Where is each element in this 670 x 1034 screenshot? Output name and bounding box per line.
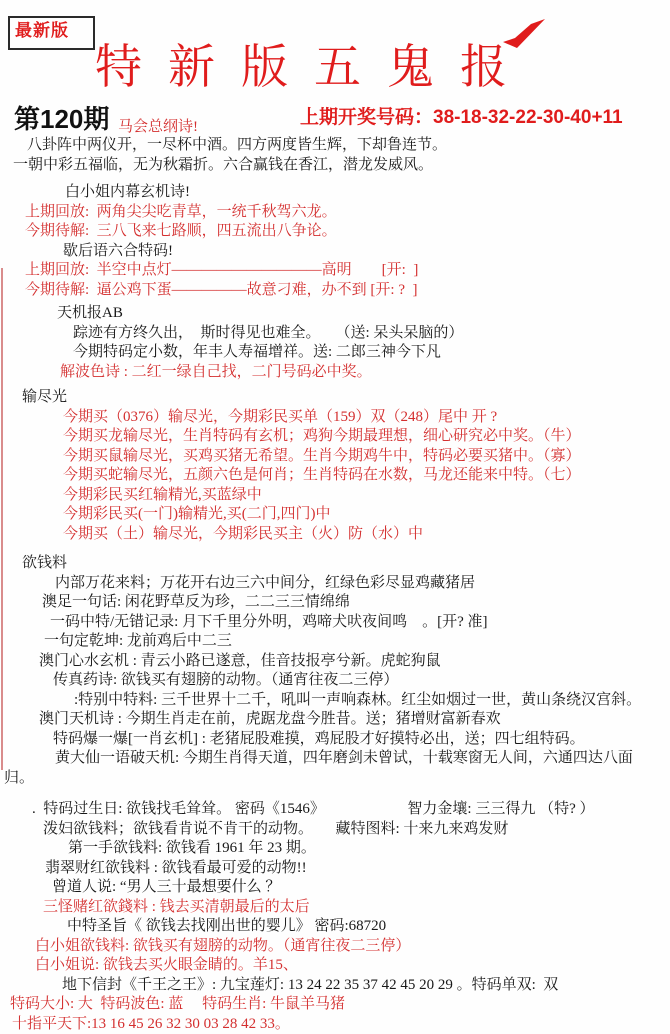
text-line: 归。 [0, 769, 670, 789]
text-line: 输尽光 [0, 388, 670, 408]
text-line: 十指平天下:13 16 45 26 32 30 03 28 42 33。 [0, 1015, 670, 1034]
text-line: 今期买蛇输尽光，五颜六色是何肖；生肖特码在水数，马龙还能来中特。（七） [0, 466, 670, 486]
issue-number: 第120期 [14, 99, 109, 136]
text-line: 白小姐说: 欲钱去买火眼金睛的。羊15、 [0, 956, 670, 976]
page-title: 特新版五鬼报 [95, 30, 533, 97]
text-line: 今期待解: 逼公鸡下蛋—————故意刁难，办不到 [开: ? ] [0, 281, 670, 301]
edition-badge: 最新版 [8, 16, 95, 50]
text-line: 天机报AB [0, 304, 670, 324]
text-line: 三怪赌红欲錢料 : 钱去买清朝最后的太后 [0, 898, 670, 918]
text-line: 今期待解: 三八飞来七路顺，四五流出八争论。 [0, 222, 670, 242]
text-line: 一码中特/无错记录: 月下千里分外明，鸡啼犬吠夜间鸣 。[开? 准] [0, 613, 670, 633]
text-line: 澳门天机诗 : 今期生肖走在前，虎踞龙盘今胜昔。送；猪增财富新春欢 [0, 710, 670, 730]
text-line: 歇后语六合特码! [0, 242, 670, 262]
text-line: 今期彩民买红输精光,买蓝绿中 [0, 486, 670, 506]
text-line: 第一手欲钱料: 欲钱看 1961 年 23 期。 [0, 839, 670, 859]
text-line: 今期买龙输尽光，生肖特码有玄机；鸡狗今期最理想，细心研究必中奖。（牛） [0, 427, 670, 447]
masthead-subtitle: 马会总纲诗! [118, 115, 198, 136]
text-line: 解波色诗 : 二红一绿自己找，二门号码必中奖。 [0, 363, 670, 383]
text-line: 泼妇欲钱料；欲钱看肯说不肯干的动物。 藏特图料: 十来九来鸡发财 [0, 820, 670, 840]
text-line: :特别中特料: 三千世界十二千，吼叫一声响森林。红尘如烟过一世，黄山条绕汉宫斜。 [0, 691, 670, 711]
text-line: 今期特码定小数，年丰人寿福增祥。送: 二郎三神今下凡 [0, 343, 670, 363]
text-line: 曾道人说: “男人三十最想要什么 ？ [0, 878, 670, 898]
text-line: 欲钱料 [0, 554, 670, 574]
newspaper-page: 最新版 特新版五鬼报 第120期 马会总纲诗! 上期开奖号码：38-18-32-… [0, 0, 670, 1034]
text-line: 内部万花来料；万花开右边三六中间分，红绿色彩尽显鸡藏猪居 [0, 574, 670, 594]
text-line: 翡翠财红欲钱料 : 欲钱看最可爱的动物!! [0, 859, 670, 879]
text-line: 一句定乾坤: 龙前鸡后中二三 [0, 632, 670, 652]
text-line: 地下信封《千王之王》: 九宝莲灯: 13 24 22 35 37 42 45 2… [0, 976, 670, 996]
text-line: 上期回放: 两角尖尖吃青草，一统千秋驾六龙。 [0, 203, 670, 223]
text-line: 特码爆一爆[一肖玄机] : 老猪屁股难摸，鸡屁股才好摸特必出，送；四七组特码。 [0, 730, 670, 750]
text-line: 上期回放: 半空中点灯——————————高明 [开: ] [0, 261, 670, 281]
text-line: . 特码过生日: 欲钱找毛耸耸。 密码《1546》 智力金壤: 三三得九 （特?… [0, 800, 670, 820]
text-line: 今期买（0376）输尽光，今期彩民买单（159）双（248）尾中 开 ? [0, 408, 670, 428]
text-line: 踪迹有方终久出， 斯时得见也难全。 （送: 呆头呆脑的） [0, 324, 670, 344]
text-line: 特码大小: 大 特码波色: 蓝 特码生肖: 牛鼠羊马猪 [0, 995, 670, 1015]
text-line: 八卦阵中两仪开，一尽杯中酒。四方两度皆生辉，下却鲁连节。 [0, 136, 670, 156]
text-line: 白小姐欲钱料: 欲钱买有翅膀的动物。（通宵往夜二三停） [0, 937, 670, 957]
body-lines: 八卦阵中两仪开，一尽杯中酒。四方两度皆生辉，下却鲁连节。一朝中彩五福临，无为秋霜… [0, 136, 670, 1034]
text-line: 中特圣旨《 欲钱去找刚出世的婴儿》 密码:68720 [0, 917, 670, 937]
text-line: 澳门心水玄机 : 青云小路已遂意，佳音技报亭兮新。虎蛇狗鼠 [0, 652, 670, 672]
text-line: 一朝中彩五福临，无为秋霜折。六合赢钱在香江，潜龙发威风。 [0, 156, 670, 176]
text-line: 今期买（土）输尽光，今期彩民买主（火）防（水）中 [0, 525, 670, 545]
text-line: 黄大仙一语破天机: 今期生肖得天道，四年磨剑未曾试，十载寒窗无人间，六通四达八面 [0, 749, 670, 769]
text-line: 今期彩民买(一门)输精光,买(二门,四门)中 [0, 505, 670, 525]
text-line: 传真药诗: 欲钱买有翅膀的动物。（通宵往夜二三停） [0, 671, 670, 691]
text-line: 白小姐内幕玄机诗! [0, 183, 670, 203]
text-line: 澳足一句话: 闲花野草反为珍，二二三三情绵绵 [0, 593, 670, 613]
last-draw-numbers: 上期开奖号码：38-18-32-22-30-40+11 [300, 102, 623, 129]
text-line: 今期买鼠输尽光，买鸡买猪无希望。生肖今期鸡牛中，特码必要买猪中。（寡） [0, 447, 670, 467]
